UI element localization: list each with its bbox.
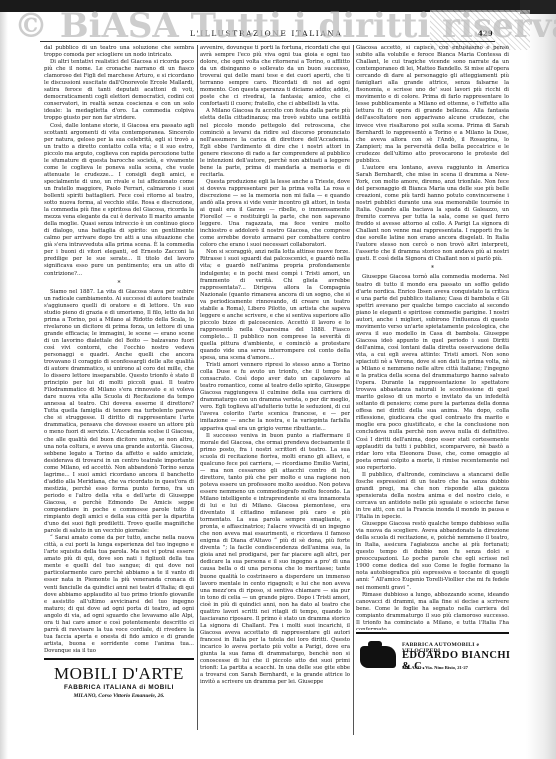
ad-address: MILANO - Via. Nino Bixio, 21-27 (402, 665, 468, 670)
ad-top-rule (44, 658, 194, 660)
article-column-2: avvenire, dovunque ti porti la fortuna, … (200, 45, 350, 735)
article-paragraph: Rimase dubbioso a lungo, abbozzando scen… (356, 592, 509, 630)
article-paragraph: Giuseppe Giacosa restò qualche tempo dub… (356, 521, 509, 591)
article-paragraph: Il successo veniva in buon punto a riaff… (200, 433, 350, 687)
scan-right-edge (526, 10, 556, 759)
article-column-1: dal pubblico di un teatro una soluzione … (44, 45, 194, 653)
column-3-end-rule (356, 632, 509, 634)
automobile-icon (360, 646, 396, 668)
article-paragraph: Siamo nel 1887. La vita di Giacosa stava… (44, 289, 194, 536)
copyright-watermark: © BiASA Tutti i diritti riservati (14, 6, 556, 46)
article-paragraph: “ Sarai amato come da per tutto, anche n… (44, 535, 194, 653)
article-paragraph: Tristi amori vennero ripresi lo stesso a… (200, 362, 350, 432)
advertisement-bianchi: FABBRICA AUTOMOBILI e VELOCIPEDI EDOARDO… (356, 640, 511, 684)
article-paragraph: Il pubblico, d'altronde, cominciava a st… (356, 472, 509, 521)
article-paragraph: Questa produzione egli la lesse anche a … (200, 179, 350, 249)
article-paragraph: Così, dalle lontane storie, il Giacosa e… (44, 123, 194, 278)
article-paragraph: Di altri tentativi realistici del Giacos… (44, 59, 194, 122)
ad-address: MILANO, Corso Vittorio Emanuele, 26. (44, 692, 194, 701)
section-separator: * (44, 279, 194, 288)
advertisement-mobili-darte: MOBILI D'ARTE FABBRICA ITALIANA di MOBIL… (44, 658, 194, 720)
article-paragraph: L'autore era lontano, aveva raggiunto in… (356, 165, 509, 264)
article-column-3: Giacosa accettò, si capisce, con entusia… (356, 45, 509, 630)
article-paragraph: A Milano Giacosa fu accolto con festa da… (200, 108, 350, 178)
article-paragraph: Giacosa accettò, si capisce, con entusia… (356, 45, 509, 165)
article-paragraph: Non si scoraggiò, anzi nella lotta attin… (200, 249, 350, 362)
column-divider-2 (353, 45, 354, 735)
column-divider-1 (197, 45, 198, 730)
ad-title: MOBILI D'ARTE (44, 664, 194, 683)
article-paragraph: Giuseppe Giacosa tornò alla commedia mod… (356, 274, 509, 471)
section-separator: * (356, 264, 509, 273)
ad-subtitle: FABBRICA ITALIANA di MOBILI (44, 683, 194, 692)
article-paragraph: dal pubblico di un teatro una soluzione … (44, 45, 194, 59)
scan-left-edge (0, 0, 8, 759)
article-paragraph: avvenire, dovunque ti porti la fortuna, … (200, 45, 350, 108)
